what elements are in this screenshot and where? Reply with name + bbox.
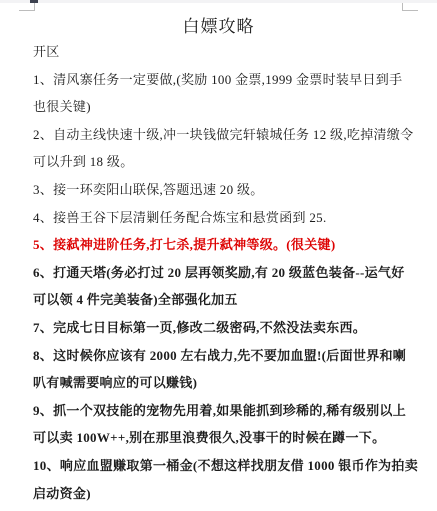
- doc-line[interactable]: 启动资金): [33, 480, 423, 508]
- document-title[interactable]: 白嫖攻略: [0, 12, 437, 37]
- doc-line[interactable]: 开区: [33, 38, 423, 66]
- doc-line[interactable]: 7、完成七日目标第一页,修改二级密码,不然没法卖东西。: [33, 314, 423, 342]
- doc-line[interactable]: 2、自动主线快速十级,冲一块钱做完轩辕城任务 12 级,吃掉清缴令: [33, 121, 423, 149]
- text-boundary-mark-top-left: [19, 3, 35, 11]
- page-top-edge-band: [0, 0, 437, 3]
- text-boundary-mark-top-right: [402, 3, 418, 11]
- document-body[interactable]: 开区1、清风寨任务一定要做,(奖励 100 金票,1999 金票时装早日到手也很…: [33, 38, 423, 507]
- doc-line[interactable]: 6、打通天塔(务必打过 20 层再领奖励,有 20 级蓝色装备--运气好: [33, 259, 423, 287]
- doc-line[interactable]: 1、清风寨任务一定要做,(奖励 100 金票,1999 金票时装早日到手: [33, 66, 423, 94]
- doc-line[interactable]: 4、接兽王谷下层清剿任务配合炼宝和悬赏函到 25.: [33, 204, 423, 232]
- doc-line[interactable]: 也很关键): [33, 93, 423, 121]
- doc-line[interactable]: 5、接弑神进阶任务,打七杀,提升弑神等级。(很关键): [33, 231, 423, 259]
- doc-line[interactable]: 可以卖 100W++,别在那里浪费很久,没事干的时候在蹲一下。: [33, 424, 423, 452]
- doc-line[interactable]: 10、响应血盟赚取第一桶金(不想这样找朋友借 1000 银币作为拍卖: [33, 452, 423, 480]
- doc-line[interactable]: 可以升到 18 级。: [33, 148, 423, 176]
- doc-line[interactable]: 叭有喊需要响应的可以赚钱): [33, 369, 423, 397]
- doc-line[interactable]: 3、接一环奕阳山联保,答题迅速 20 级。: [33, 176, 423, 204]
- doc-line[interactable]: 8、这时候你应该有 2000 左右战力,先不要加血盟!(后面世界和喇: [33, 342, 423, 370]
- doc-line[interactable]: 9、抓一个双技能的宠物先用着,如果能抓到珍稀的,稀有级别以上: [33, 397, 423, 425]
- doc-line[interactable]: 可以领 4 件完美装备)全部强化加五: [33, 286, 423, 314]
